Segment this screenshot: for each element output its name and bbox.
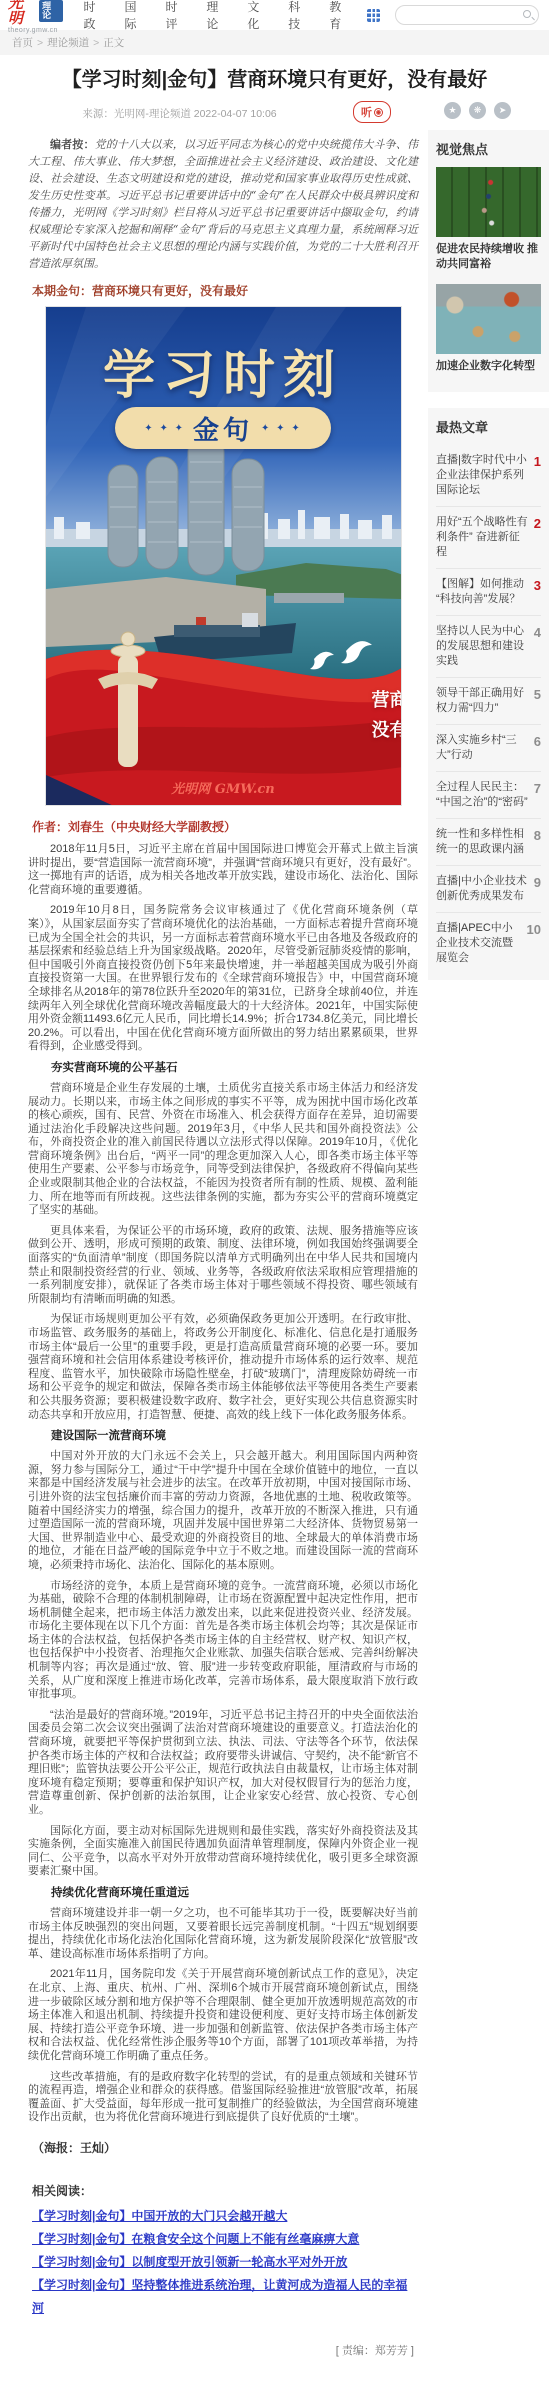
hot-article-rank: 7 — [534, 780, 541, 796]
site-logo[interactable]: 光明 理论 theory.gmw.cn — [8, 0, 63, 34]
hot-article-title: 领导干部正确用好权力需“四力” — [436, 686, 529, 716]
hot-article-rank: 9 — [534, 874, 541, 890]
hot-article-title: 用好“五个战略性有利条件” 奋进新征程 — [436, 515, 529, 560]
poster-slogan-line1: 营商环境只有更好， — [372, 685, 402, 715]
nav-item[interactable]: 理论 — [206, 0, 229, 32]
hot-article-title: 直播|中小企业技术创新优秀成果发布 — [436, 874, 529, 904]
hot-article-rank: 2 — [534, 515, 541, 531]
poster-image: 学习时刻 ✦ ✦ ✦ 金句 ✦ ✦ ✦ 营商环境只有更好， 没有最好。 光明网 … — [45, 306, 402, 806]
hot-article-rank: 10 — [527, 921, 541, 937]
article-subheading: 夯实营商环境的公平基石 — [28, 1061, 418, 1075]
focus-video-thumbnail[interactable] — [436, 167, 541, 237]
focus-video-item[interactable]: 促进农民持续增收 推动共同富裕 — [436, 167, 541, 272]
hot-article-rank: 4 — [534, 624, 541, 640]
article-paragraph: 为保证市场规则更加公平有效，必须确保政务更加公开透明。在行政审批、市场监管、政务… — [28, 1313, 418, 1422]
nav-item[interactable]: 教育 — [329, 0, 352, 32]
hot-article-rank: 3 — [534, 577, 541, 593]
article-subheading: 建设国际一流营商环境 — [28, 1429, 418, 1443]
nav-item[interactable]: 国际 — [124, 0, 147, 32]
editor-note-label: 编者按： — [50, 138, 95, 151]
sidebar: 视觉焦点 促进农民持续增收 推动共同富裕 加速企业数字化转型 最热文章 直播|数… — [428, 130, 549, 996]
search-icon[interactable] — [523, 10, 531, 18]
favorite-icon[interactable]: ★ — [444, 102, 461, 119]
focus-video-caption: 促进农民持续增收 推动共同富裕 — [436, 242, 541, 272]
editor-note-text: 党的十八大以来，以习近平同志为核心的党中央统揽伟大斗争、伟大工程、伟大事业、伟大… — [28, 138, 418, 270]
star-decoration-left: ✦ ✦ ✦ — [144, 423, 185, 434]
hot-article-rank: 8 — [534, 827, 541, 843]
article-paragraph: 2018年11月5日，习近平主席在首届中国国际进口博览会开幕式上做主旨演讲时提出… — [28, 843, 418, 897]
hot-article-item[interactable]: 直播|中小企业技术创新优秀成果发布 9 — [436, 866, 541, 913]
visual-focus-box: 视觉焦点 促进农民持续增收 推动共同富裕 加速企业数字化转型 — [428, 130, 549, 392]
logo-brand-text: 光明 — [8, 0, 37, 26]
breadcrumb-channel-link[interactable]: 理论频道 — [47, 37, 89, 49]
visual-focus-list: 促进农民持续增收 推动共同富裕 加速企业数字化转型 — [436, 167, 541, 374]
star-decoration-right: ✦ ✦ ✦ — [261, 423, 302, 434]
top-navigation-bar: 光明 理论 theory.gmw.cn 时政国际时评理论文化科技教育 — [0, 0, 549, 30]
hot-article-item[interactable]: 用好“五个战略性有利条件” 奋进新征程 2 — [436, 507, 541, 569]
author-line: 作者：刘春生（中央财经大学副教授） — [32, 818, 418, 835]
breadcrumb-separator: > — [93, 37, 99, 49]
listen-label: 听 — [361, 104, 372, 120]
listen-button[interactable]: 听◉ — [353, 101, 391, 123]
nav-more-grid-icon[interactable] — [367, 9, 380, 22]
related-reading-title: 相关阅读： — [32, 2182, 418, 2199]
article-paragraph: “法治是最好的营商环境。”2019年，习近平总书记主持召开的中央全面依法治国委员… — [28, 1709, 418, 1818]
article-header: 【学习时刻|金句】营商环境只有更好，没有最好 来源：光明网-理论频道 2022-… — [0, 55, 549, 126]
article-paragraph: 2019年10月8日，国务院常务会议审核通过了《优化营商环境条例（草案）》，从国… — [28, 904, 418, 1054]
related-reading-list: 【学习时刻|金句】中国开放的大门只会越开越大【学习时刻|金句】在粮食安全这个问题… — [28, 2205, 418, 2320]
hot-article-item[interactable]: 直播|数字时代中小企业法律保护系列国际论坛 1 — [436, 445, 541, 507]
logo-channel-badge: 理论 — [39, 0, 62, 22]
hot-article-item[interactable]: 深入实施乡村“三大”行动 6 — [436, 725, 541, 772]
search-box[interactable] — [395, 5, 539, 25]
article-paragraph: 中国对外开放的大门永远不会关上，只会越开越大。利用国际国内两种资源，努力参与国际… — [28, 1450, 418, 1572]
hot-article-title: 坚持以人民为中心的发展思想和建设实践 — [436, 624, 529, 669]
article-meta-row: 来源：光明网-理论频道 2022-04-07 10:06 听◉ ★❋➤ — [30, 100, 519, 126]
breadcrumb-home-link[interactable]: 首页 — [12, 37, 33, 49]
page-title: 【学习时刻|金句】营商环境只有更好，没有最好 — [30, 67, 519, 93]
article-body-column: 编者按：党的十八大以来，以习近平同志为核心的党中央统揽伟大斗争、伟大工程、伟大事… — [28, 130, 418, 2382]
hot-article-item[interactable]: 领导干部正确用好权力需“四力” 5 — [436, 678, 541, 725]
related-reading-link[interactable]: 【学习时刻|金句】在粮食安全这个问题上不能有丝毫麻痹大意 — [32, 2228, 418, 2251]
article-paragraph: 2021年11月，国务院印发《关于开展营商环境创新试点工作的意见》，决定在北京、… — [28, 1968, 418, 2063]
hot-article-title: 直播|数字时代中小企业法律保护系列国际论坛 — [436, 453, 529, 498]
focus-video-caption: 加速企业数字化转型 — [436, 359, 541, 374]
nav-item[interactable]: 时评 — [165, 0, 188, 32]
search-input[interactable] — [406, 7, 524, 23]
hot-article-item[interactable]: 坚持以人民为中心的发展思想和建设实践 4 — [436, 616, 541, 678]
main-nav: 时政国际时评理论文化科技教育 — [84, 0, 353, 32]
logo-domain-text: theory.gmw.cn — [8, 27, 63, 34]
share-toolbar: ★❋➤ — [444, 102, 511, 119]
hot-article-title: 深入实施乡村“三大”行动 — [436, 733, 529, 763]
article-paragraph: 营商环境是企业生存发展的土壤，土质优劣直接关系市场主体活力和经济发展动力。长期以… — [28, 1082, 418, 1218]
nav-item[interactable]: 科技 — [288, 0, 311, 32]
related-reading-link[interactable]: 【学习时刻|金句】坚持整体推进系统治理，让黄河成为造福人民的幸福河 — [32, 2274, 418, 2320]
article-text: 2018年11月5日，习近平主席在首届中国国际进口博览会开幕式上做主旨演讲时提出… — [28, 843, 418, 2125]
editor-note: 编者按：党的十八大以来，以习近平同志为核心的党中央统揽伟大斗争、伟大工程、伟大事… — [28, 136, 418, 272]
related-reading-link[interactable]: 【学习时刻|金句】以制度型开放引领新一轮高水平对外开放 — [32, 2251, 418, 2274]
gmw-watermark-logo: 光明网 GMW.cn — [46, 778, 401, 797]
hot-articles-title: 最热文章 — [436, 417, 541, 436]
poster-slogan: 营商环境只有更好， 没有最好。 — [372, 685, 402, 745]
hot-article-item[interactable]: 统一性和多样性相统一的思政课内涵 8 — [436, 819, 541, 866]
hot-articles-list: 直播|数字时代中小企业法律保护系列国际论坛 1 用好“五个战略性有利条件” 奋进… — [436, 445, 541, 974]
hot-article-rank: 5 — [534, 686, 541, 702]
hot-article-title: 【图解】如何推动“科技向善”发展？ — [436, 577, 529, 607]
poster-slogan-line2: 没有最好。 — [372, 715, 402, 745]
source-and-date: 来源：光明网-理论频道 2022-04-07 10:06 — [30, 106, 329, 121]
hot-article-item[interactable]: 全过程人民民主：“中国之治”的“密码” 7 — [436, 772, 541, 819]
hot-article-rank: 1 — [534, 453, 541, 469]
responsible-editor: [ 责编：郑芳芳 ] — [28, 2342, 418, 2358]
breadcrumb-separator: > — [37, 37, 43, 49]
article-subheading: 持续优化营商环境任重道远 — [28, 1886, 418, 1900]
hot-article-rank: 6 — [534, 733, 541, 749]
breadcrumb-current: 正文 — [103, 37, 124, 49]
poster-badge-text: 金句 — [193, 410, 253, 447]
hot-article-title: 全过程人民民主：“中国之治”的“密码” — [436, 780, 529, 810]
page: { "colors": { "accent_red": "#c5161d", "… — [0, 0, 549, 2382]
related-reading-link[interactable]: 【学习时刻|金句】中国开放的大门只会越开越大 — [32, 2205, 418, 2228]
content-columns: 编者按：党的十八大以来，以习近平同志为核心的党中央统揽伟大斗争、伟大工程、伟大事… — [0, 130, 549, 2382]
article-paragraph: 国际化方面，要主动对标国际先进规则和最佳实践，落实好外商投资法及其实施条例，全面… — [28, 1825, 418, 1879]
article-paragraph: 市场经济的竞争，本质上是营商环境的竞争。一流营商环境，必须以市场化为基础，破除不… — [28, 1580, 418, 1702]
issue-golden-sentence: 本期金句：营商环境只有更好，没有最好 — [32, 282, 418, 299]
hot-articles-box: 最热文章 直播|数字时代中小企业法律保护系列国际论坛 1 用好“五个战略性有利条… — [428, 408, 549, 980]
nav-item[interactable]: 时政 — [84, 0, 107, 32]
visual-focus-title: 视觉焦点 — [436, 139, 541, 158]
article-paragraph: 营商环境建设并非一朝一夕之功，也不可能毕其功于一役，既要解决好当前市场主体反映强… — [28, 1907, 418, 1961]
poster-credit: （海报：王灿） — [32, 2139, 418, 2156]
share-icon[interactable]: ➤ — [494, 102, 511, 119]
focus-video-item[interactable]: 加速企业数字化转型 — [436, 284, 541, 374]
related-reading-block: 相关阅读： 【学习时刻|金句】中国开放的大门只会越开越大【学习时刻|金句】在粮食… — [28, 2182, 418, 2320]
nav-item[interactable]: 文化 — [247, 0, 270, 32]
comment-icon[interactable]: ❋ — [469, 102, 486, 119]
focus-video-thumbnail[interactable] — [436, 284, 541, 354]
hot-article-item[interactable]: 【图解】如何推动“科技向善”发展？ 3 — [436, 569, 541, 616]
hot-article-title: 统一性和多样性相统一的思政课内涵 — [436, 827, 529, 857]
poster-title-text: 学习时刻 — [46, 333, 401, 408]
hot-article-title: 直播|APEC中小企业技术交流暨展览会 — [436, 921, 522, 966]
breadcrumb: 首页>理论频道>正文 — [0, 30, 549, 55]
article-paragraph: 更具体来看，为保证公平的市场环境，政府的政策、法规、服务措施等应该做到公开、透明… — [28, 1225, 418, 1307]
audio-icon: ◉ — [374, 108, 383, 117]
hot-article-item[interactable]: 直播|APEC中小企业技术交流暨展览会 10 — [436, 913, 541, 974]
article-paragraph: 这些改革措施，有的是政府数字化转型的尝试，有的是重点领域和关键环节的流程再造，增… — [28, 2071, 418, 2125]
poster-golden-badge: ✦ ✦ ✦ 金句 ✦ ✦ ✦ — [115, 407, 331, 449]
